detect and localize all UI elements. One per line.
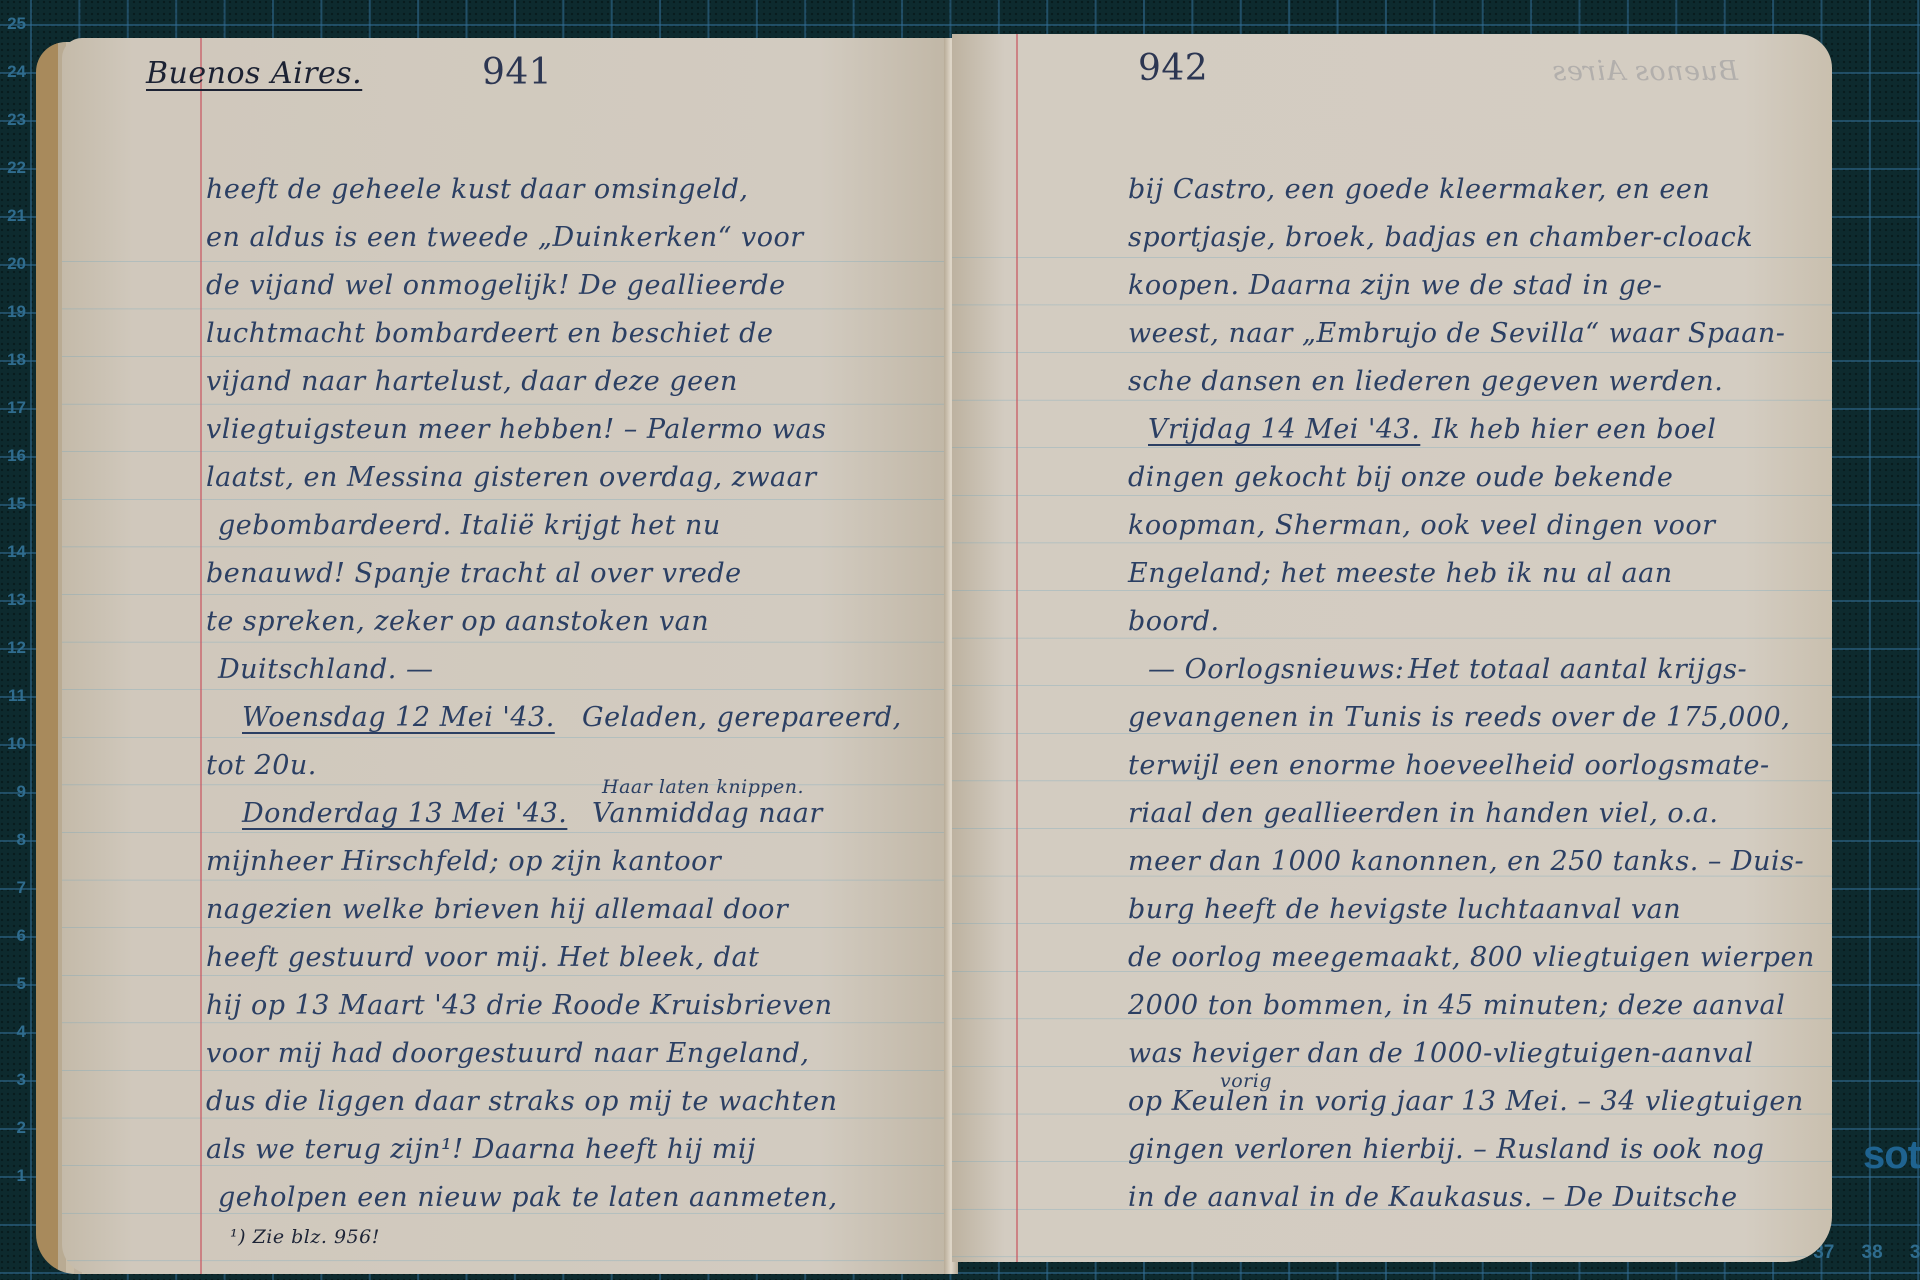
text-line: Vanmiddag naar (592, 798, 823, 829)
ruler-tick: 7 (0, 878, 26, 898)
mat-brand-label: sot (1863, 1133, 1920, 1178)
text-line: mijnheer Hirschfeld; op zijn kantoor (206, 846, 721, 877)
text-line: gebombardeerd. Italië krijgt het nu (218, 510, 721, 541)
margin-line (1016, 34, 1018, 1262)
text-line: dus die liggen daar straks op mij te wac… (206, 1086, 838, 1117)
text-line: 2000 ton bommen, in 45 minuten; deze aan… (1128, 990, 1785, 1021)
text-line: in de aanval in de Kaukasus. – De Duitsc… (1128, 1182, 1738, 1213)
text-line: vijand naar hartelust, daar deze geen (206, 366, 738, 397)
text-line: nagezien welke brieven hij allemaal door (206, 894, 788, 925)
text-line: riaal den geallieerden in handen viel, o… (1128, 798, 1718, 829)
text-line: Duitschland. — (218, 654, 433, 685)
text-line: koopen. Daarna zijn we de stad in ge- (1128, 270, 1662, 301)
text-line: te spreken, zeker op aanstoken van (206, 606, 709, 637)
ruler-tick: 11 (0, 686, 26, 706)
ruler-tick: 13 (0, 590, 26, 610)
ruler-tick: 15 (0, 494, 26, 514)
text-line: weest, naar „Embrujo de Sevilla“ waar Sp… (1128, 318, 1785, 349)
margin-line (200, 38, 202, 1274)
left-page: Buenos Aires. 941 heeft de geheele kust … (62, 38, 952, 1274)
text-line: sportjasje, broek, badjas en chamber-clo… (1128, 222, 1753, 253)
text-line: en aldus is een tweede „Duinkerken“ voor (206, 222, 804, 253)
ruler-tick: 9 (0, 782, 26, 802)
ruler-tick: 18 (0, 350, 26, 370)
text-line: de vijand wel onmogelijk! De geallieerde (206, 270, 786, 301)
page-header-place: Buenos Aires. (146, 56, 362, 91)
text-line: gevangenen in Tunis is reeds over de 175… (1128, 702, 1790, 733)
ruler-tick: 4 (0, 1022, 26, 1042)
text-line: tot 20u. (206, 750, 317, 781)
text-line: sche dansen en liederen gegeven werden. (1128, 366, 1723, 397)
text-line: terwijl een enorme hoeveelheid oorlogsma… (1128, 750, 1770, 781)
text-line: geholpen een nieuw pak te laten aanmeten… (218, 1182, 838, 1213)
text-line: de oorlog meegemaakt, 800 vliegtuigen wi… (1128, 942, 1815, 973)
ruler-tick: 5 (0, 974, 26, 994)
right-page: 942 Buenos Aires bij Castro, een goede k… (952, 34, 1832, 1262)
text-line: heeft de geheele kust daar omsingeld, (206, 174, 748, 205)
text-line: gingen verloren hierbij. – Rusland is oo… (1128, 1134, 1764, 1165)
text-line: vliegtuigsteun meer hebben! – Palermo wa… (206, 414, 826, 445)
text-line: benauwd! Spanje tracht al over vrede (206, 558, 742, 589)
ruler-tick: 21 (0, 206, 26, 226)
ruler-tick: 23 (0, 110, 26, 130)
text-line: boord. (1128, 606, 1220, 637)
ruler-tick: 14 (0, 542, 26, 562)
text-line: als we terug zijn¹! Daarna heeft hij mij (206, 1134, 756, 1165)
ruler-tick: 38 (1857, 1242, 1887, 1264)
text-line: voor mij had doorgestuurd naar Engeland, (206, 1038, 809, 1069)
ruler-tick: 6 (0, 926, 26, 946)
ruler-tick: 12 (0, 638, 26, 658)
text-line: luchtmacht bombardeert en beschiet de (206, 318, 773, 349)
text-line: meer dan 1000 kanonnen, en 250 tanks. – … (1128, 846, 1804, 877)
ruler-tick: 17 (0, 398, 26, 418)
text-line: laatst, en Messina gisteren overdag, zwa… (206, 462, 817, 493)
text-line: was heviger dan de 1000-vliegtuigen-aanv… (1128, 1038, 1754, 1069)
entry-date-wednesday: Woensdag 12 Mei '43. (242, 702, 555, 733)
entry-date-thursday: Donderdag 13 Mei '43. (242, 798, 567, 829)
ruler-tick: 16 (0, 446, 26, 466)
text-line: koopman, Sherman, ook veel dingen voor (1128, 510, 1716, 541)
ruler-tick: 8 (0, 830, 26, 850)
left-ruler: 2524232221201918171615141312111098765432… (0, 0, 40, 1280)
text-line: Engeland; het meeste heb ik nu al aan (1128, 558, 1673, 589)
ruler-tick: 20 (0, 254, 26, 274)
ruler-tick: 3 (0, 1070, 26, 1090)
page-number: 941 (482, 52, 552, 93)
ruler-tick: 25 (0, 14, 26, 34)
text-line: op Keulen in vorig jaar 13 Mei. – 34 vli… (1128, 1086, 1804, 1117)
text-line: bij Castro, een goede kleermaker, en een (1128, 174, 1710, 205)
text-line: hij op 13 Maart '43 drie Roode Kruisbrie… (206, 990, 833, 1021)
text-line: Geladen, gerepareerd, (582, 702, 902, 733)
ruler-tick: 10 (0, 734, 26, 754)
ruler-tick: 2 (0, 1118, 26, 1138)
ruler-tick: 39 (1905, 1242, 1920, 1264)
bleed-through-header: Buenos Aires (1552, 56, 1738, 87)
ruler-tick: 1 (0, 1166, 26, 1186)
ruler-tick: 24 (0, 62, 26, 82)
ruler-tick: 19 (0, 302, 26, 322)
footnote: ¹) Zie blz. 956! (230, 1226, 380, 1248)
text-line: Ik heb hier een boel (1432, 414, 1716, 445)
text-line: dingen gekocht bij onze oude bekende (1128, 462, 1673, 493)
war-news-heading: — Oorlogsnieuws: (1148, 654, 1404, 685)
text-line: burg heeft de hevigste luchtaanval van (1128, 894, 1681, 925)
text-line: Het totaal aantal krijgs- (1408, 654, 1747, 685)
page-number: 942 (1138, 48, 1208, 89)
ruler-tick: 22 (0, 158, 26, 178)
text-line: heeft gestuurd voor mij. Het bleek, dat (206, 942, 759, 973)
entry-date-friday: Vrijdag 14 Mei '43. (1148, 414, 1420, 445)
insertion-note: Haar laten knippen. (602, 776, 804, 798)
